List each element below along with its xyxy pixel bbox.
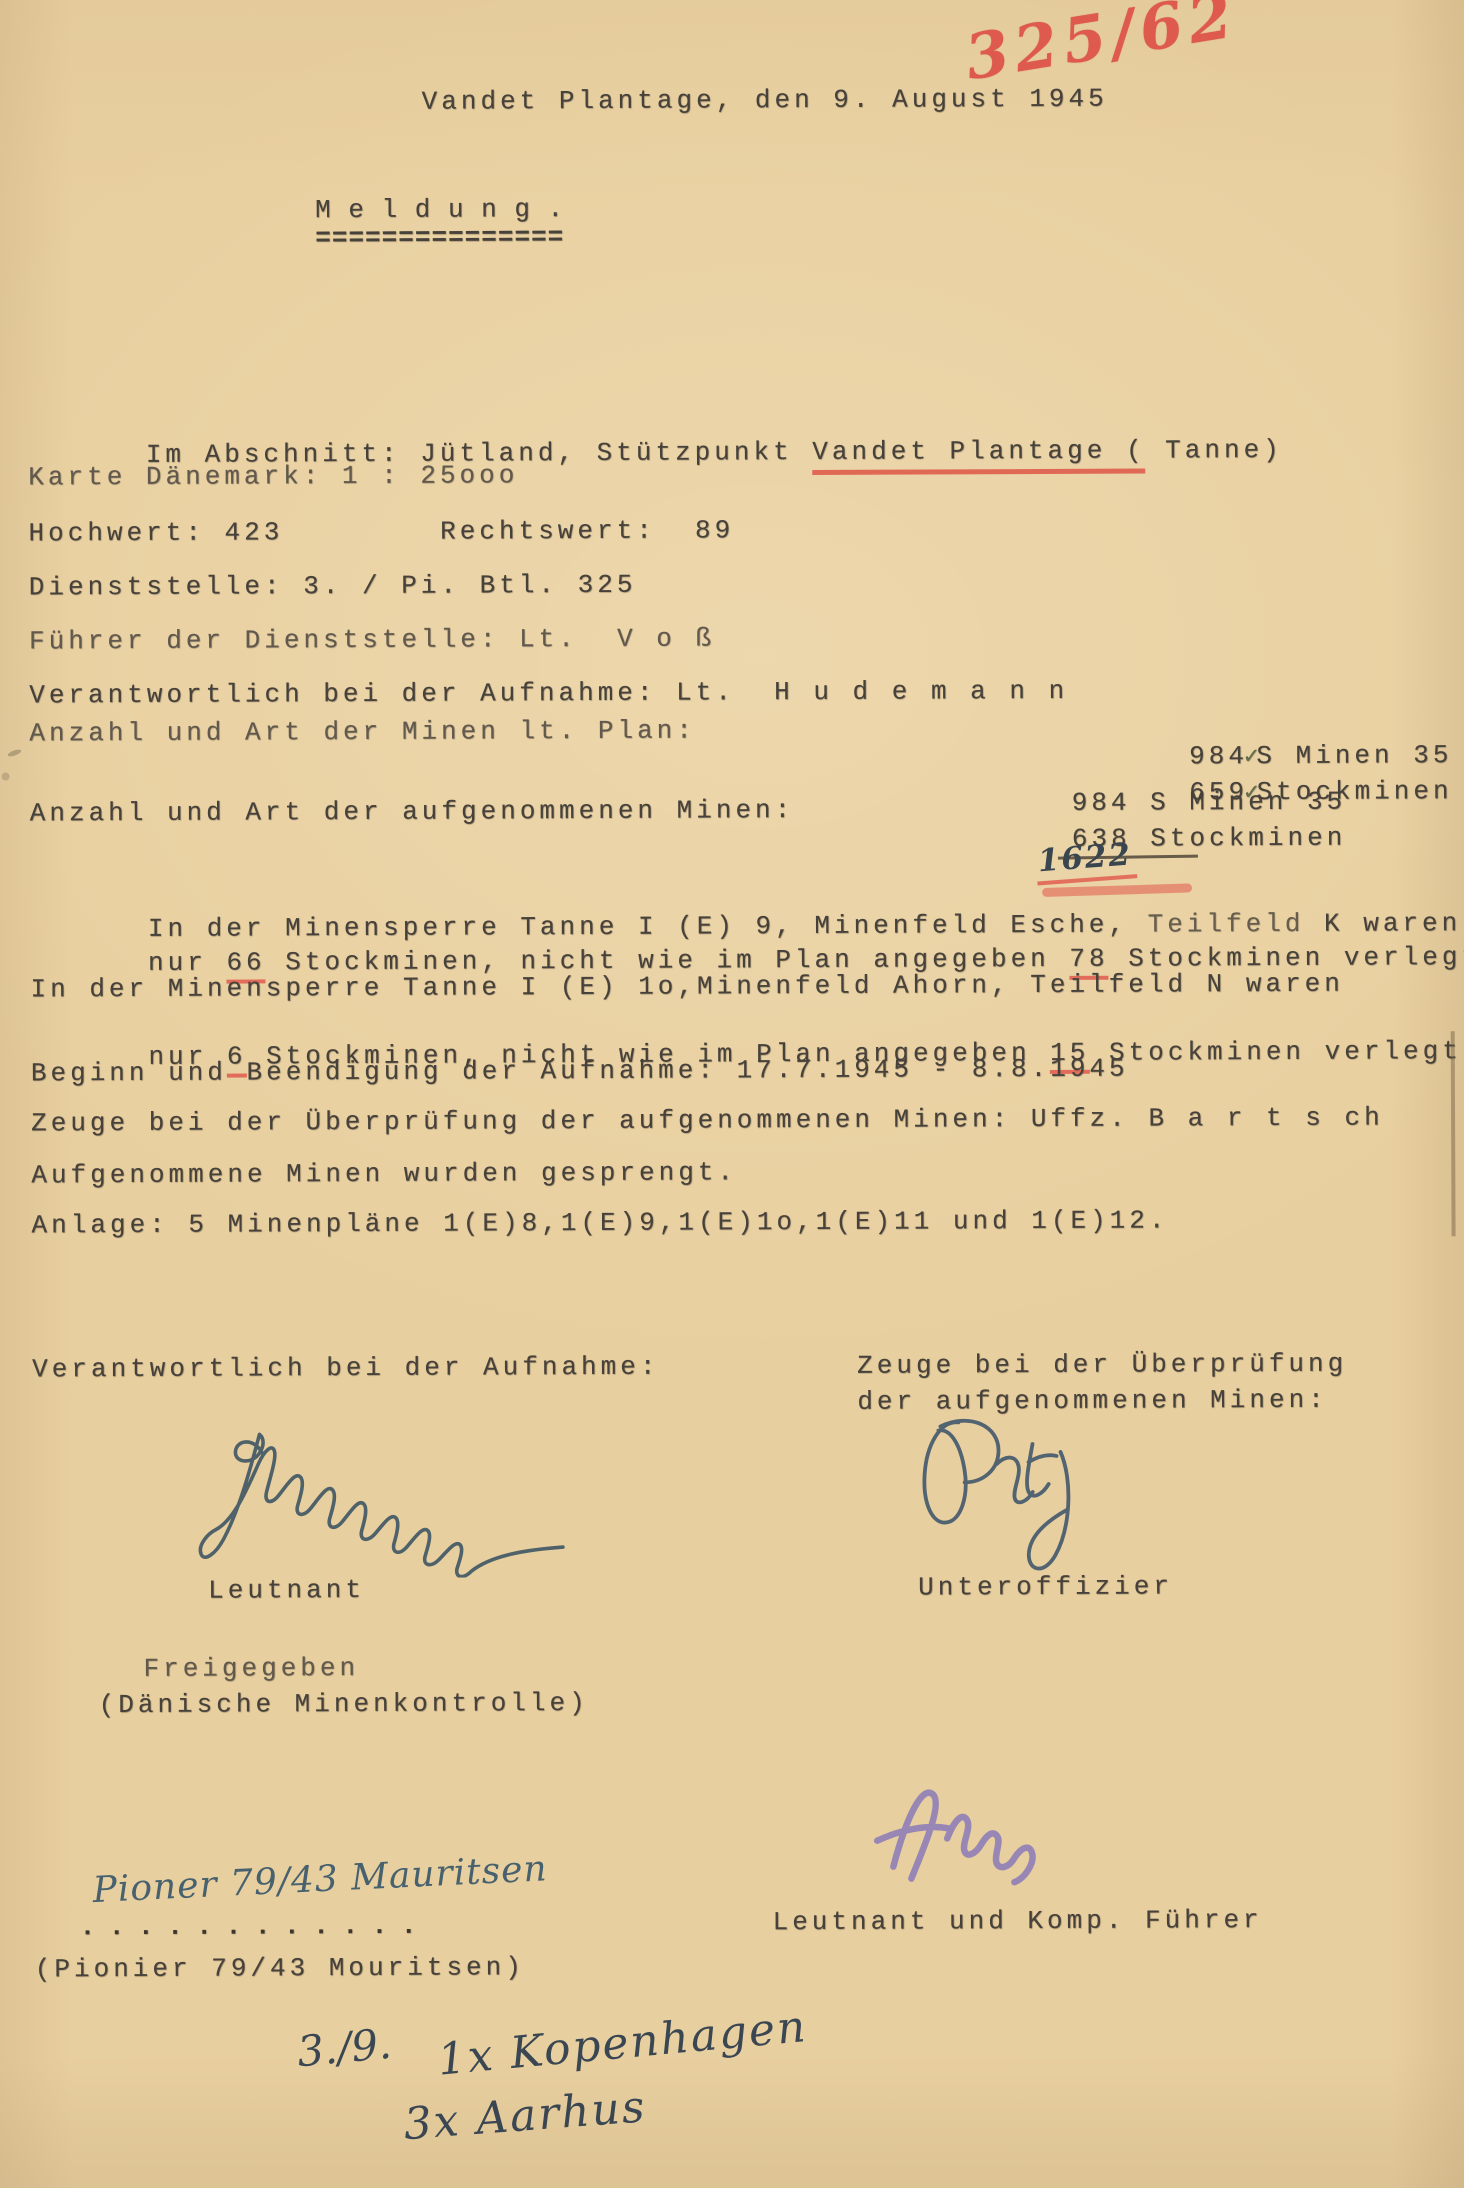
scanned-document-page: 325/62 Vandet Plantage, den 9. August 19…: [0, 0, 1464, 2188]
signature-right-header-line1: Zeuge bei der Überprüfung: [857, 1347, 1347, 1383]
minen-plan-label: Anzahl und Art der Minen lt. Plan:: [29, 714, 696, 751]
voss-signature: [859, 1766, 1040, 1907]
minen-aufgenommen-label: Anzahl und Art der aufgenommenen Minen:: [30, 793, 795, 830]
pioneer-signature-handwritten: Pioner 79/43 Mauritsen: [92, 1848, 549, 1911]
abschnitt-suffix: Tanne): [1145, 435, 1282, 466]
sperre2-line1: In der Minensperre Tanne I (E) 1o,Minenf…: [30, 967, 1344, 1007]
fuehrer-line: Führer der Dienststelle: Lt. V o ß: [29, 621, 715, 658]
left-rank: Leutnant: [208, 1573, 365, 1608]
bartsch-signature: [900, 1400, 1131, 1581]
koordinaten-line: Hochwert: 423 Rechtswert: 89: [28, 513, 734, 550]
dateline: Vandet Plantage, den 9. August 1945: [422, 82, 1108, 119]
verantwortlich-line: Verantwortlich bei der Aufnahme: Lt. H u…: [29, 674, 1068, 713]
note-line2-handwritten: 3x Aarhus: [402, 2081, 648, 2150]
release-line2: (Dänische Minenkontrolle): [99, 1686, 589, 1722]
company-rank-line: Leutnant und Komp. Führer: [772, 1903, 1262, 1939]
zeuge-line: Zeuge bei der Überprüfung der aufgenomme…: [31, 1101, 1384, 1141]
dienststelle-line: Dienststelle: 3. / Pi. Btl. 325: [29, 568, 637, 605]
signature-left-header: Verantwortlich bei der Aufnahme:: [32, 1350, 659, 1387]
release-line1: Freigegeben: [143, 1651, 359, 1686]
pioneer-dotted-line: . . . . . . . . . . . .: [80, 1909, 416, 1944]
note-date-handwritten: 3./9.: [295, 2019, 393, 2076]
note-line1-handwritten: 1x Kopenhagen: [436, 2001, 810, 2086]
pioneer-typed-line: (Pionier 79/43 Mouritsen): [35, 1950, 525, 1986]
margin-smudge: [2, 773, 10, 781]
hudemann-signature: [112, 1422, 583, 1579]
right-rank: Unteroffizier: [918, 1569, 1173, 1604]
abschnitt-underlined-red: Vandet Plantage (: [812, 436, 1145, 475]
ref-number-handwritten: 325/62: [960, 0, 1243, 94]
karte-line: Karte Dänemark: 1 : 25ooo: [28, 458, 518, 494]
document-content: 325/62 Vandet Plantage, den 9. August 19…: [0, 0, 1464, 2188]
sperre2-l2-p3: Stockminen verlegt.: [1089, 1036, 1464, 1068]
margin-smudge: [7, 748, 22, 758]
minen-aufgenommen-row1: 984 S Minen 35: [1072, 785, 1347, 820]
gesprengt-line: Aufgenommene Minen wurden gesprengt.: [31, 1155, 737, 1192]
title-underline: ===============: [315, 220, 564, 255]
anlage-line: Anlage: 5 Minenpläne 1(E)8,1(E)9,1(E)1o,…: [31, 1203, 1168, 1242]
beginn-line: Beginn und Beendigung der Aufnahme: 17.7…: [31, 1052, 1129, 1091]
